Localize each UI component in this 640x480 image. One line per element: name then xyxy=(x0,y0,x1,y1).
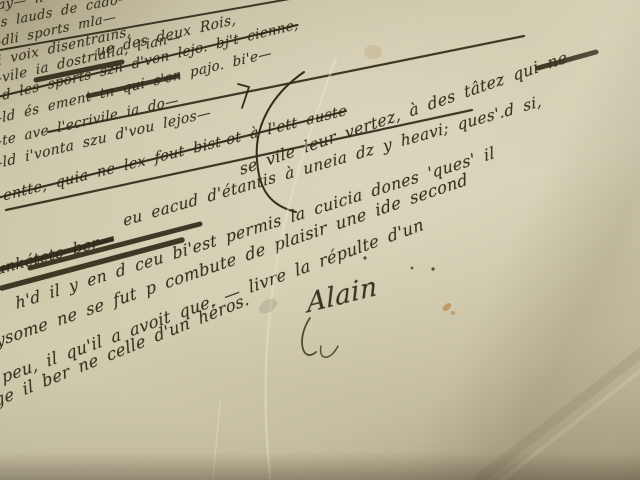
manuscript-photo: t'ay— il e de C—les lauds de cado——dli s… xyxy=(0,0,640,480)
handwriting-line: ge il ber ne celle d'un héros. xyxy=(0,289,251,410)
handwriting-layer: t'ay— il e de C—les lauds de cado——dli s… xyxy=(0,0,640,480)
